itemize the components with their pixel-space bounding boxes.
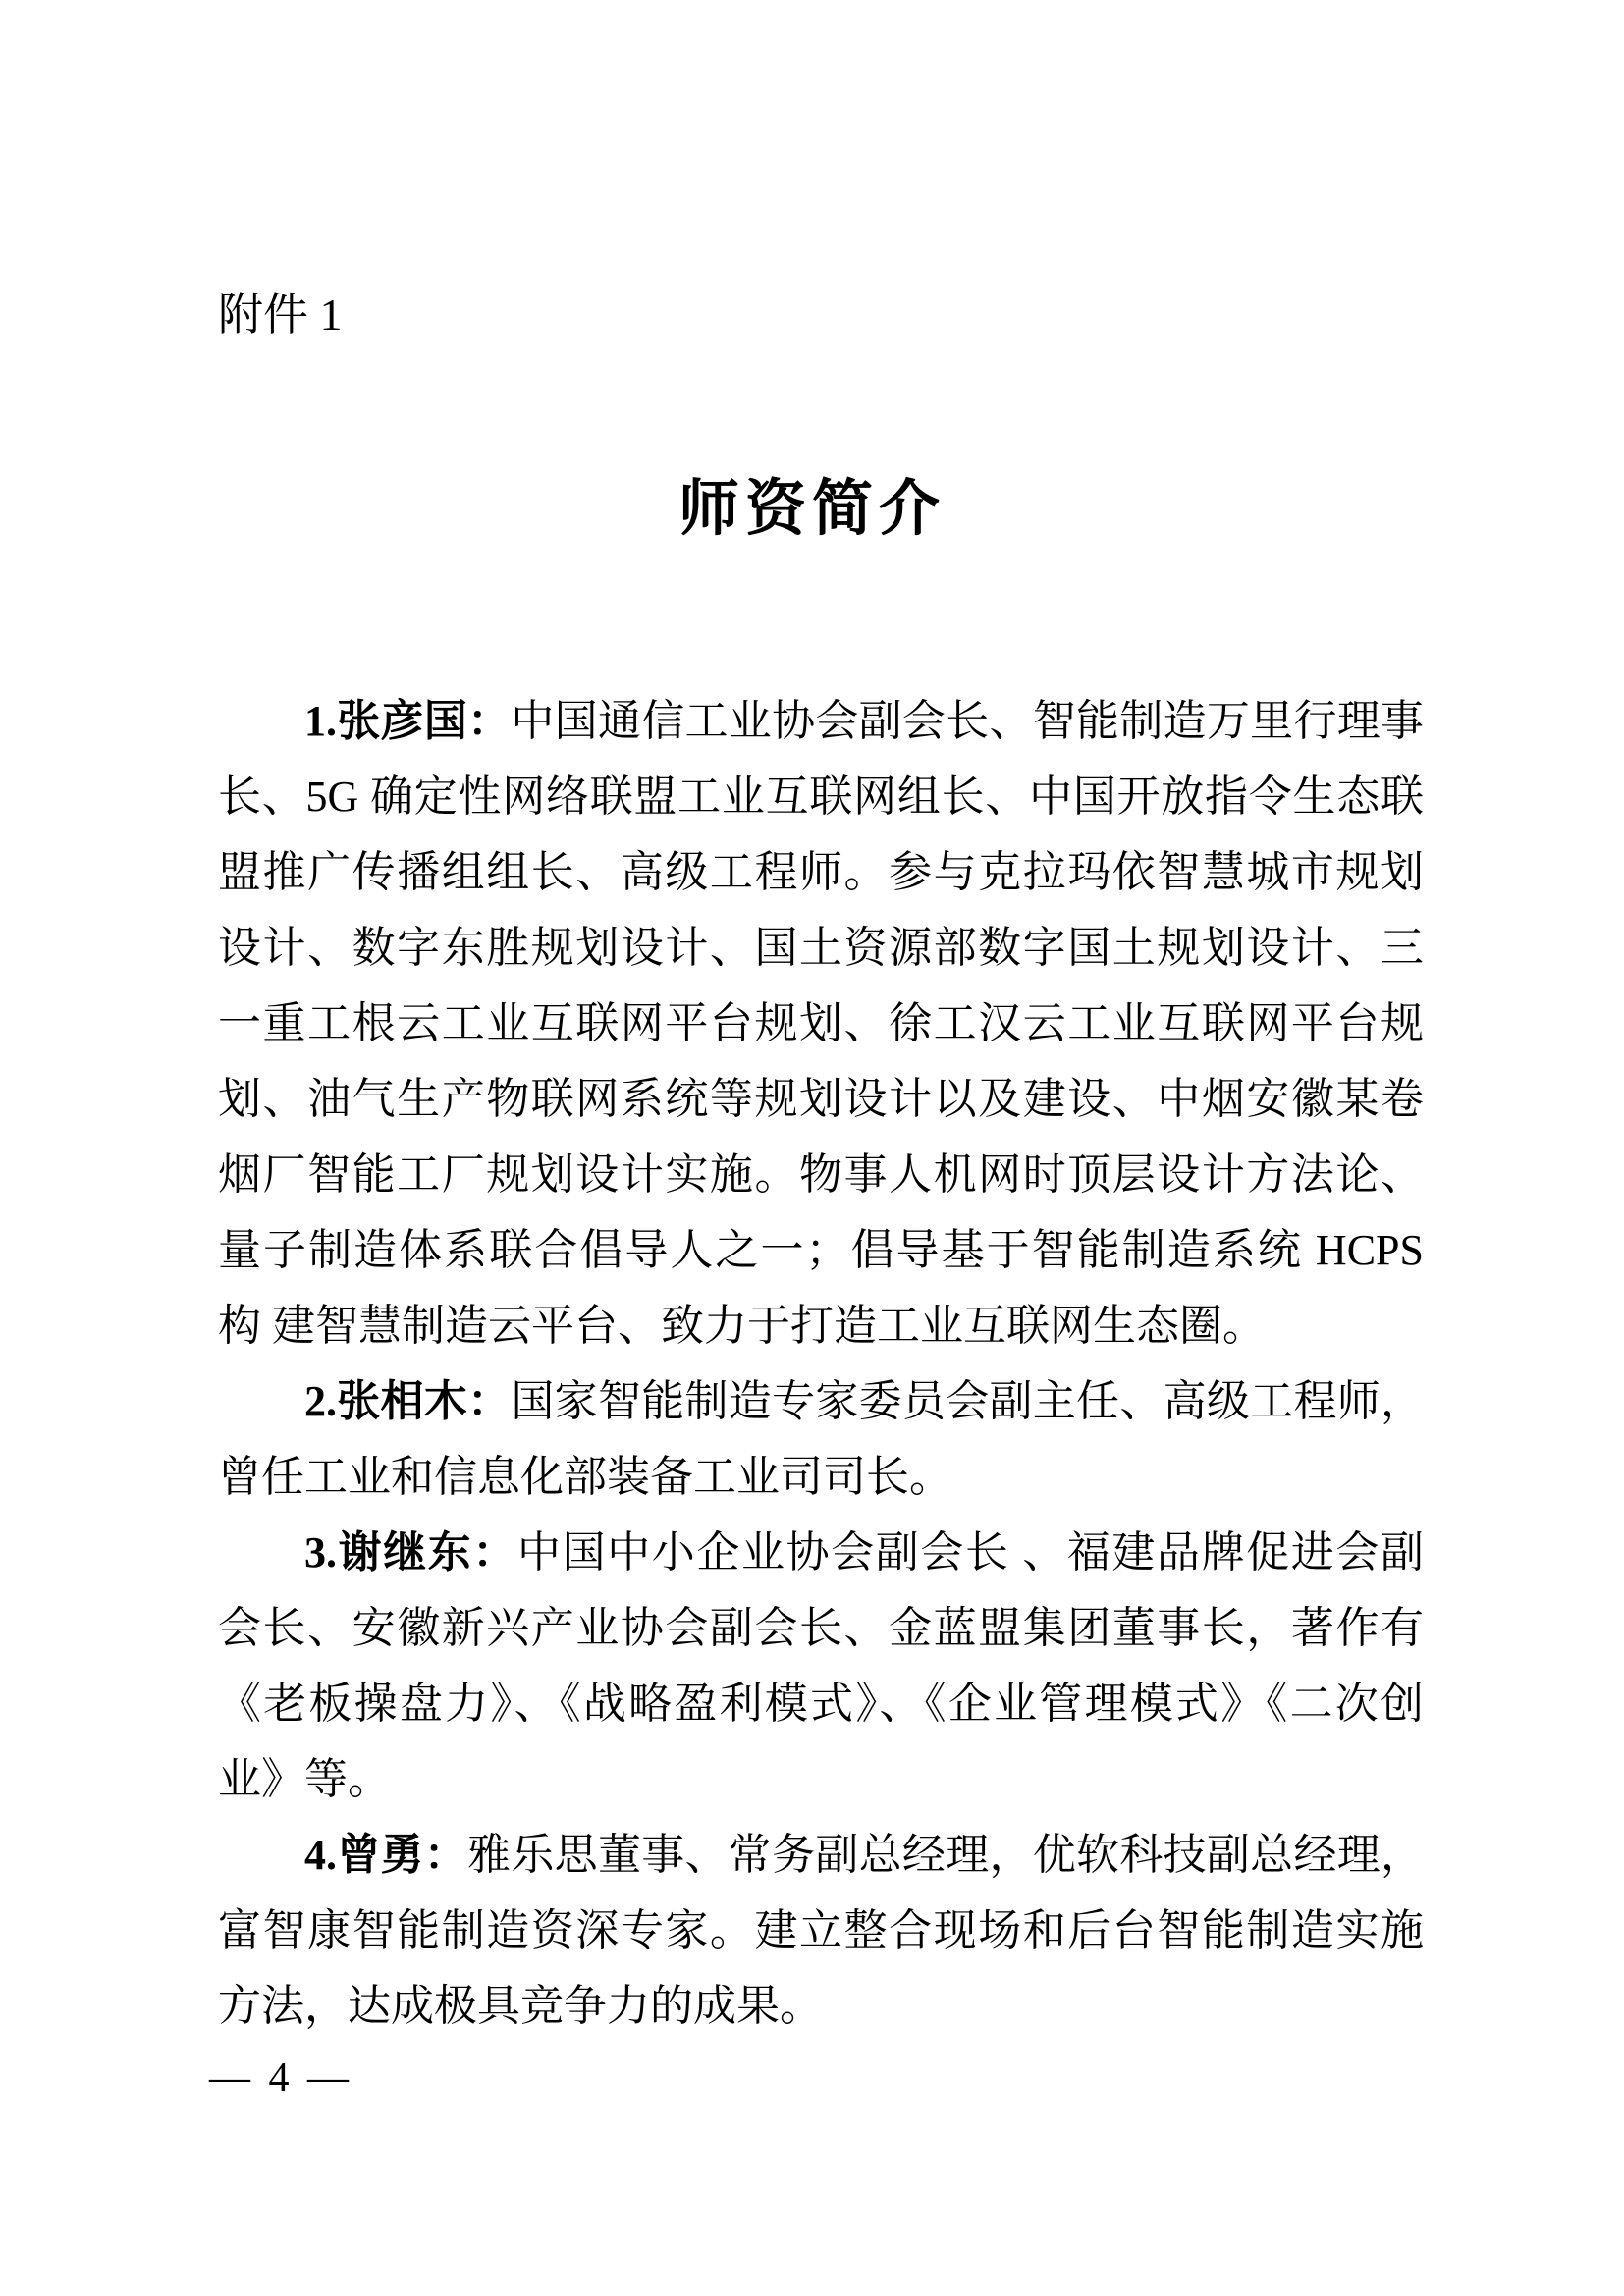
document-page: 附件 1 师资简介 1.张彦国：中国通信工业协会副会长、智能制造万里行理事长、5… bbox=[0, 0, 1624, 2296]
speaker-name-lead: 2.张相木： bbox=[304, 1377, 511, 1425]
paragraph-text: 中国通信工业协会副会长、智能制造万里行理事长、5G 确定性网络联盟工业互联网组长… bbox=[218, 697, 1424, 1350]
paragraph-zeng-yong: 4.曾勇：雅乐思董事、常务副总经理，优软科技副总经理，富智康智能制造资深专家。建… bbox=[218, 1817, 1424, 2044]
speaker-name-lead: 3.谢继东： bbox=[304, 1528, 517, 1576]
document-body: 1.张彦国：中国通信工业协会副会长、智能制造万里行理事长、5G 确定性网络联盟工… bbox=[218, 683, 1424, 2044]
paragraph-zhang-yanguo: 1.张彦国：中国通信工业协会副会长、智能制造万里行理事长、5G 确定性网络联盟工… bbox=[218, 683, 1424, 1363]
attachment-label: 附件 1 bbox=[218, 293, 343, 338]
page-number: — 4 — bbox=[209, 2057, 352, 2099]
page-title: 师资简介 bbox=[0, 479, 1624, 540]
speaker-name-lead: 1.张彦国： bbox=[304, 697, 511, 745]
paragraph-zhang-xiangmu: 2.张相木：国家智能制造专家委员会副主任、高级工程师，曾任工业和信息化部装备工业… bbox=[218, 1363, 1424, 1515]
paragraph-xie-jidong: 3.谢继东：中国中小企业协会副会长 、福建品牌促进会副会长、安徽新兴产业协会副会… bbox=[218, 1515, 1424, 1817]
speaker-name-lead: 4.曾勇： bbox=[304, 1831, 467, 1879]
